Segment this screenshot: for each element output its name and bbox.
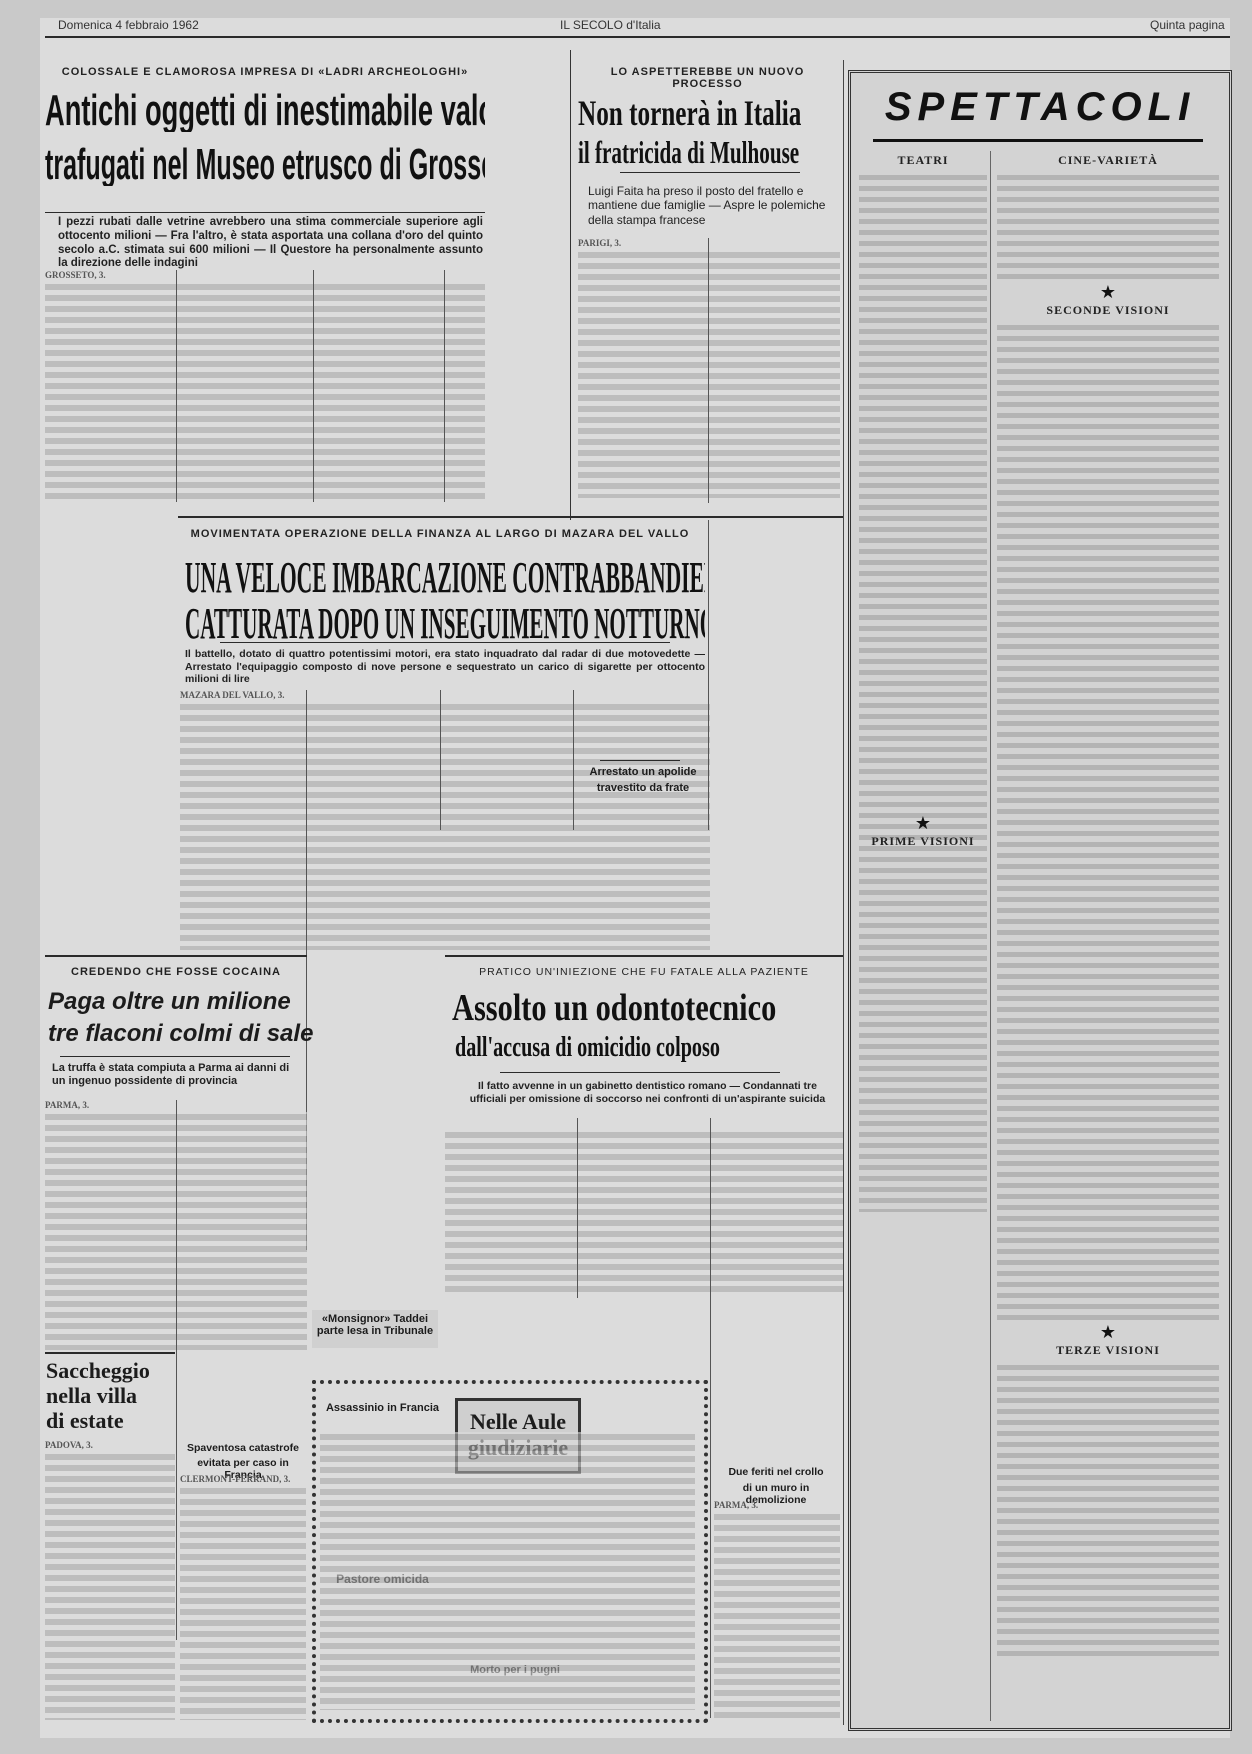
header-rule xyxy=(45,36,1230,38)
column-rule xyxy=(708,520,709,830)
star-icon: ★ xyxy=(997,282,1219,303)
smuggling-kicker: MOVIMENTATA OPERAZIONE DELLA FINANZA AL … xyxy=(180,528,700,540)
star-icon: ★ xyxy=(859,813,987,834)
monsignor-headline-2: parte lesa in Tribunale xyxy=(312,1325,438,1337)
column-rule xyxy=(577,1118,578,1298)
museum-headline-2-box: trafugati nel Museo etrusco di Grosseto xyxy=(45,140,485,186)
clermont-dateline: CLERMONT-FERRAND, 3. xyxy=(180,1474,290,1484)
column-rule xyxy=(710,1118,711,1718)
cocaine-deck: La truffa è stata compiuta a Parma ai da… xyxy=(52,1062,302,1088)
body-text-lines xyxy=(320,1432,695,1710)
section-rule xyxy=(445,955,843,957)
spettacoli-title: SPETTACOLI xyxy=(865,85,1215,130)
body-text-lines xyxy=(45,1452,175,1720)
dentist-headline-1-box: Assolto un odontotecnico xyxy=(452,986,842,1032)
spettacoli-panel: SPETTACOLI TEATRI CINE-VARIETÀ ★ SECONDE… xyxy=(848,70,1232,1731)
museum-headline-2: trafugati nel Museo etrusco di Grosseto xyxy=(45,140,296,186)
villa-headline-3: di estate xyxy=(46,1408,124,1434)
column-rule xyxy=(313,270,314,502)
mulhouse-deck: Luigi Faita ha preso il posto del fratel… xyxy=(588,184,833,227)
monsignor-box: «Monsignor» Taddei parte lesa in Tribuna… xyxy=(312,1310,438,1348)
column-rule xyxy=(708,238,709,503)
museum-body: GROSSETO, 3. xyxy=(45,270,485,502)
column-rule xyxy=(570,50,571,520)
smuggling-dateline: MAZARA DEL VALLO, 3. xyxy=(180,690,284,700)
demolition-headline-1: Due feriti nel crollo xyxy=(712,1466,840,1478)
column-rule xyxy=(843,60,844,1725)
mulhouse-dateline: PARIGI, 3. xyxy=(578,238,621,248)
section-rule xyxy=(178,516,843,518)
cine-varieta-listings xyxy=(997,172,1219,282)
dentist-deck: Il fatto avvenne in un gabinetto dentist… xyxy=(460,1080,835,1105)
smuggling-body: MAZARA DEL VALLO, 3. xyxy=(180,690,710,950)
dentist-headline-2: dall'accusa di omicidio colposo xyxy=(455,1032,736,1064)
dentist-body xyxy=(445,1118,843,1293)
cine-varieta-column: CINE-VARIETÀ ★ SECONDE VISIONI ★ TERZE V… xyxy=(997,153,1219,1662)
column-rule xyxy=(990,151,991,1721)
column-rule xyxy=(440,690,441,830)
seconde-visioni-listings xyxy=(997,322,1219,1322)
clermont-headline-1: Spaventosa catastrofe xyxy=(180,1442,306,1454)
mulhouse-headline-1-box: Non tornerà in Italia xyxy=(578,92,843,132)
mulhouse-kicker: LO ASPETTEREBBE UN NUOVO PROCESSO xyxy=(575,66,840,90)
court-item-title: Assassinio in Francia xyxy=(320,1402,445,1414)
teatri-listings xyxy=(859,172,987,1212)
section-title-terze-visioni: TERZE VISIONI xyxy=(997,1343,1219,1358)
smuggling-headline-2-box: CATTURATA DOPO UN INSEGUIMENTO NOTTURNO xyxy=(185,598,705,648)
section-rule xyxy=(45,1352,175,1354)
column-rule xyxy=(176,270,177,502)
villa-body: PADOVA, 3. xyxy=(45,1440,175,1720)
body-text-lines xyxy=(45,282,485,502)
cocaine-rule xyxy=(60,1056,290,1057)
cocaine-headline-2: tre flaconi colmi di sale xyxy=(48,1020,310,1048)
smuggling-deck: Il battello, dotato di quattro potentiss… xyxy=(185,648,705,686)
teatri-column: TEATRI xyxy=(859,153,987,1212)
column-rule xyxy=(444,270,445,502)
museum-headline-1: Antichi oggetti di inestimabile valore xyxy=(45,86,318,132)
museum-rule xyxy=(45,212,485,213)
museum-deck: I pezzi rubati dalle vetrine avrebbero u… xyxy=(58,216,483,271)
section-title-teatri: TEATRI xyxy=(859,153,987,168)
court-box-body xyxy=(320,1420,695,1710)
apolide-headline-1: Arrestato un apolide xyxy=(578,766,708,778)
mulhouse-headline-2: il fratricida di Mulhouse xyxy=(578,134,753,170)
villa-headline-1: Saccheggio xyxy=(46,1358,150,1384)
smuggling-headline-1-box: UNA VELOCE IMBARCAZIONE CONTRABBANDIERA xyxy=(185,552,705,602)
smuggling-headline-2: CATTURATA DOPO UN INSEGUIMENTO NOTTURNO xyxy=(185,598,435,648)
mulhouse-body: PARIGI, 3. xyxy=(578,238,840,498)
smuggling-rule xyxy=(220,642,670,643)
museum-headline-1-box: Antichi oggetti di inestimabile valore xyxy=(45,86,485,132)
apolide-headline-2: travestito da frate xyxy=(578,782,708,794)
column-rule xyxy=(176,1100,177,1640)
clermont-body: CLERMONT-FERRAND, 3. xyxy=(180,1474,306,1720)
prime-visioni-column: ★ PRIME VISIONI xyxy=(859,813,987,849)
terze-visioni-listings xyxy=(997,1362,1219,1662)
column-rule xyxy=(573,690,574,830)
mulhouse-headline-1: Non tornerà in Italia xyxy=(578,92,764,132)
mulhouse-headline-2-box: il fratricida di Mulhouse xyxy=(578,134,843,170)
star-icon: ★ xyxy=(997,1322,1219,1343)
demolition-dateline: PARMA, 3. xyxy=(714,1500,758,1510)
section-title-prime-visioni: PRIME VISIONI xyxy=(859,834,987,849)
page-number: Quinta pagina xyxy=(1150,18,1225,32)
dentist-headline-1: Assolto un odontotecnico xyxy=(452,986,764,1030)
museum-kicker: COLOSSALE E CLAMOROSA IMPRESA DI «LADRI … xyxy=(45,66,485,78)
cocaine-headline-1: Paga oltre un milione xyxy=(48,988,310,1016)
body-text-lines xyxy=(180,702,710,950)
villa-dateline: PADOVA, 3. xyxy=(45,1440,93,1450)
body-text-lines xyxy=(578,250,840,498)
body-text-lines xyxy=(445,1130,843,1293)
page-date: Domenica 4 febbraio 1962 xyxy=(58,18,199,32)
mulhouse-rule xyxy=(620,172,800,173)
villa-headline-2: nella villa xyxy=(46,1383,137,1409)
demolition-body: PARMA, 3. xyxy=(714,1500,840,1720)
section-rule xyxy=(45,955,307,957)
spettacoli-rule xyxy=(873,139,1203,142)
dentist-rule xyxy=(500,1072,780,1073)
section-title-cine-varieta: CINE-VARIETÀ xyxy=(997,153,1219,168)
dentist-headline-2-box: dall'accusa di omicidio colposo xyxy=(455,1032,845,1066)
cocaine-dateline: PARMA, 3. xyxy=(45,1100,89,1110)
body-text-lines xyxy=(714,1512,840,1720)
apolide-rule xyxy=(600,760,680,761)
section-title-seconde-visioni: SECONDE VISIONI xyxy=(997,303,1219,318)
smuggling-headline-1: UNA VELOCE IMBARCAZIONE CONTRABBANDIERA xyxy=(185,552,440,602)
newspaper-name: IL SECOLO d'Italia xyxy=(560,18,661,32)
museum-dateline: GROSSETO, 3. xyxy=(45,270,106,280)
body-text-lines xyxy=(180,1486,306,1720)
dentist-kicker: PRATICO UN'INIEZIONE CHE FU FATALE ALLA … xyxy=(445,966,843,978)
monsignor-headline-1: «Monsignor» Taddei xyxy=(312,1313,438,1325)
cocaine-kicker: CREDENDO CHE FOSSE COCAINA xyxy=(45,966,307,978)
